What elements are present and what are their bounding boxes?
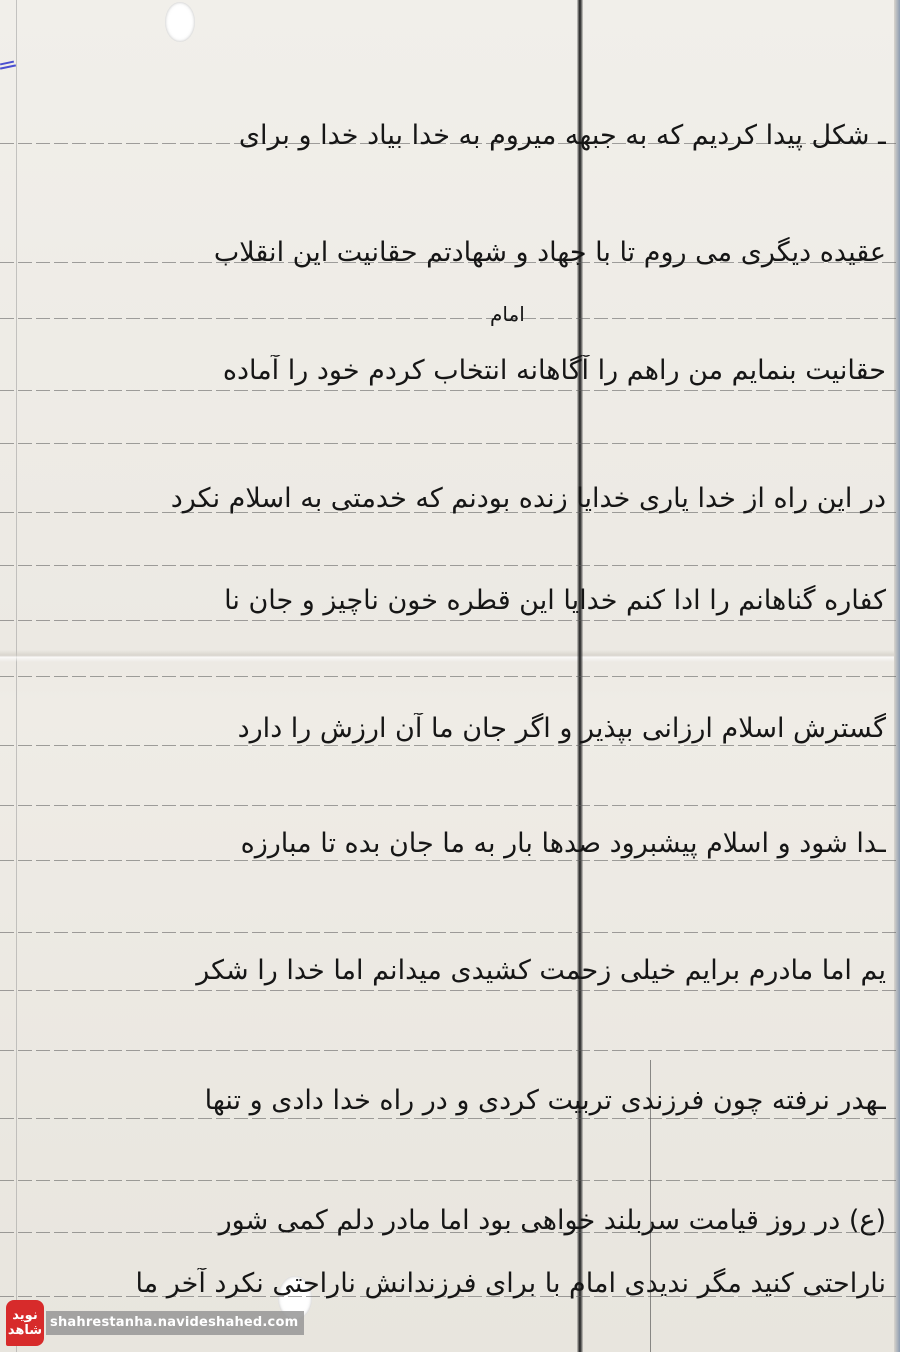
ruled-line [0,805,900,806]
ruled-line [0,860,900,861]
watermark: نوید شاهد shahrestanha.navideshahed.com [6,1300,304,1346]
letter-line-10: (ع) در روز قیامت سربلند خواهی بود اما ما… [4,1205,886,1236]
ruled-line [0,676,900,677]
letter-line-3: حقانیت بنمایم من راهم را آگاهانه انتخاب … [4,355,886,386]
letter-line-1: ـ شکل پیدا کردیم که به جبهه میروم به خدا… [4,120,886,151]
letter-line-4: در این راه از خدا یاری خدایا زنده بودنم … [4,483,886,514]
ruled-line [0,990,900,991]
horizontal-fold-crease [0,650,900,662]
ruled-line [0,565,900,566]
ruled-line [0,318,900,319]
navideshahed-logo: نوید شاهد [6,1300,44,1346]
ruled-line [0,1180,900,1181]
letter-line-9: ـهدر نرفته چون فرزندی تربیت کردی و در را… [4,1085,886,1116]
letter-line-11: ناراحتی کنید مگر ندیدی امام با برای فرزن… [4,1268,886,1299]
blue-pen-mark [0,64,16,69]
margin-note: امام [490,302,525,326]
letter-line-5: کفاره گناهانم را ادا کنم خدایا این قطره … [4,585,886,616]
ruled-line [0,932,900,933]
scanned-letter-page: ـ شکل پیدا کردیم که به جبهه میروم به خدا… [0,0,900,1352]
ruled-line [0,745,900,746]
ruled-line [0,1118,900,1119]
ruled-line [0,620,900,621]
ruled-line [0,1050,900,1051]
letter-line-7: ـدا شود و اسلام پیشبرود صدها بار به ما ج… [4,828,886,859]
letter-line-2: عقیده دیگری می روم تا با جهاد و شهادتم ح… [4,237,886,268]
ruled-line [0,390,900,391]
letter-line-6: گسترش اسلام ارزانی بپذیر و اگر جان ما آن… [4,713,886,744]
letter-line-8: یم اما مادرم برایم خیلی زحمت کشیدی میدان… [4,955,886,986]
ruled-line [0,443,900,444]
punch-hole [165,2,195,42]
watermark-url: shahrestanha.navideshahed.com [46,1311,304,1335]
